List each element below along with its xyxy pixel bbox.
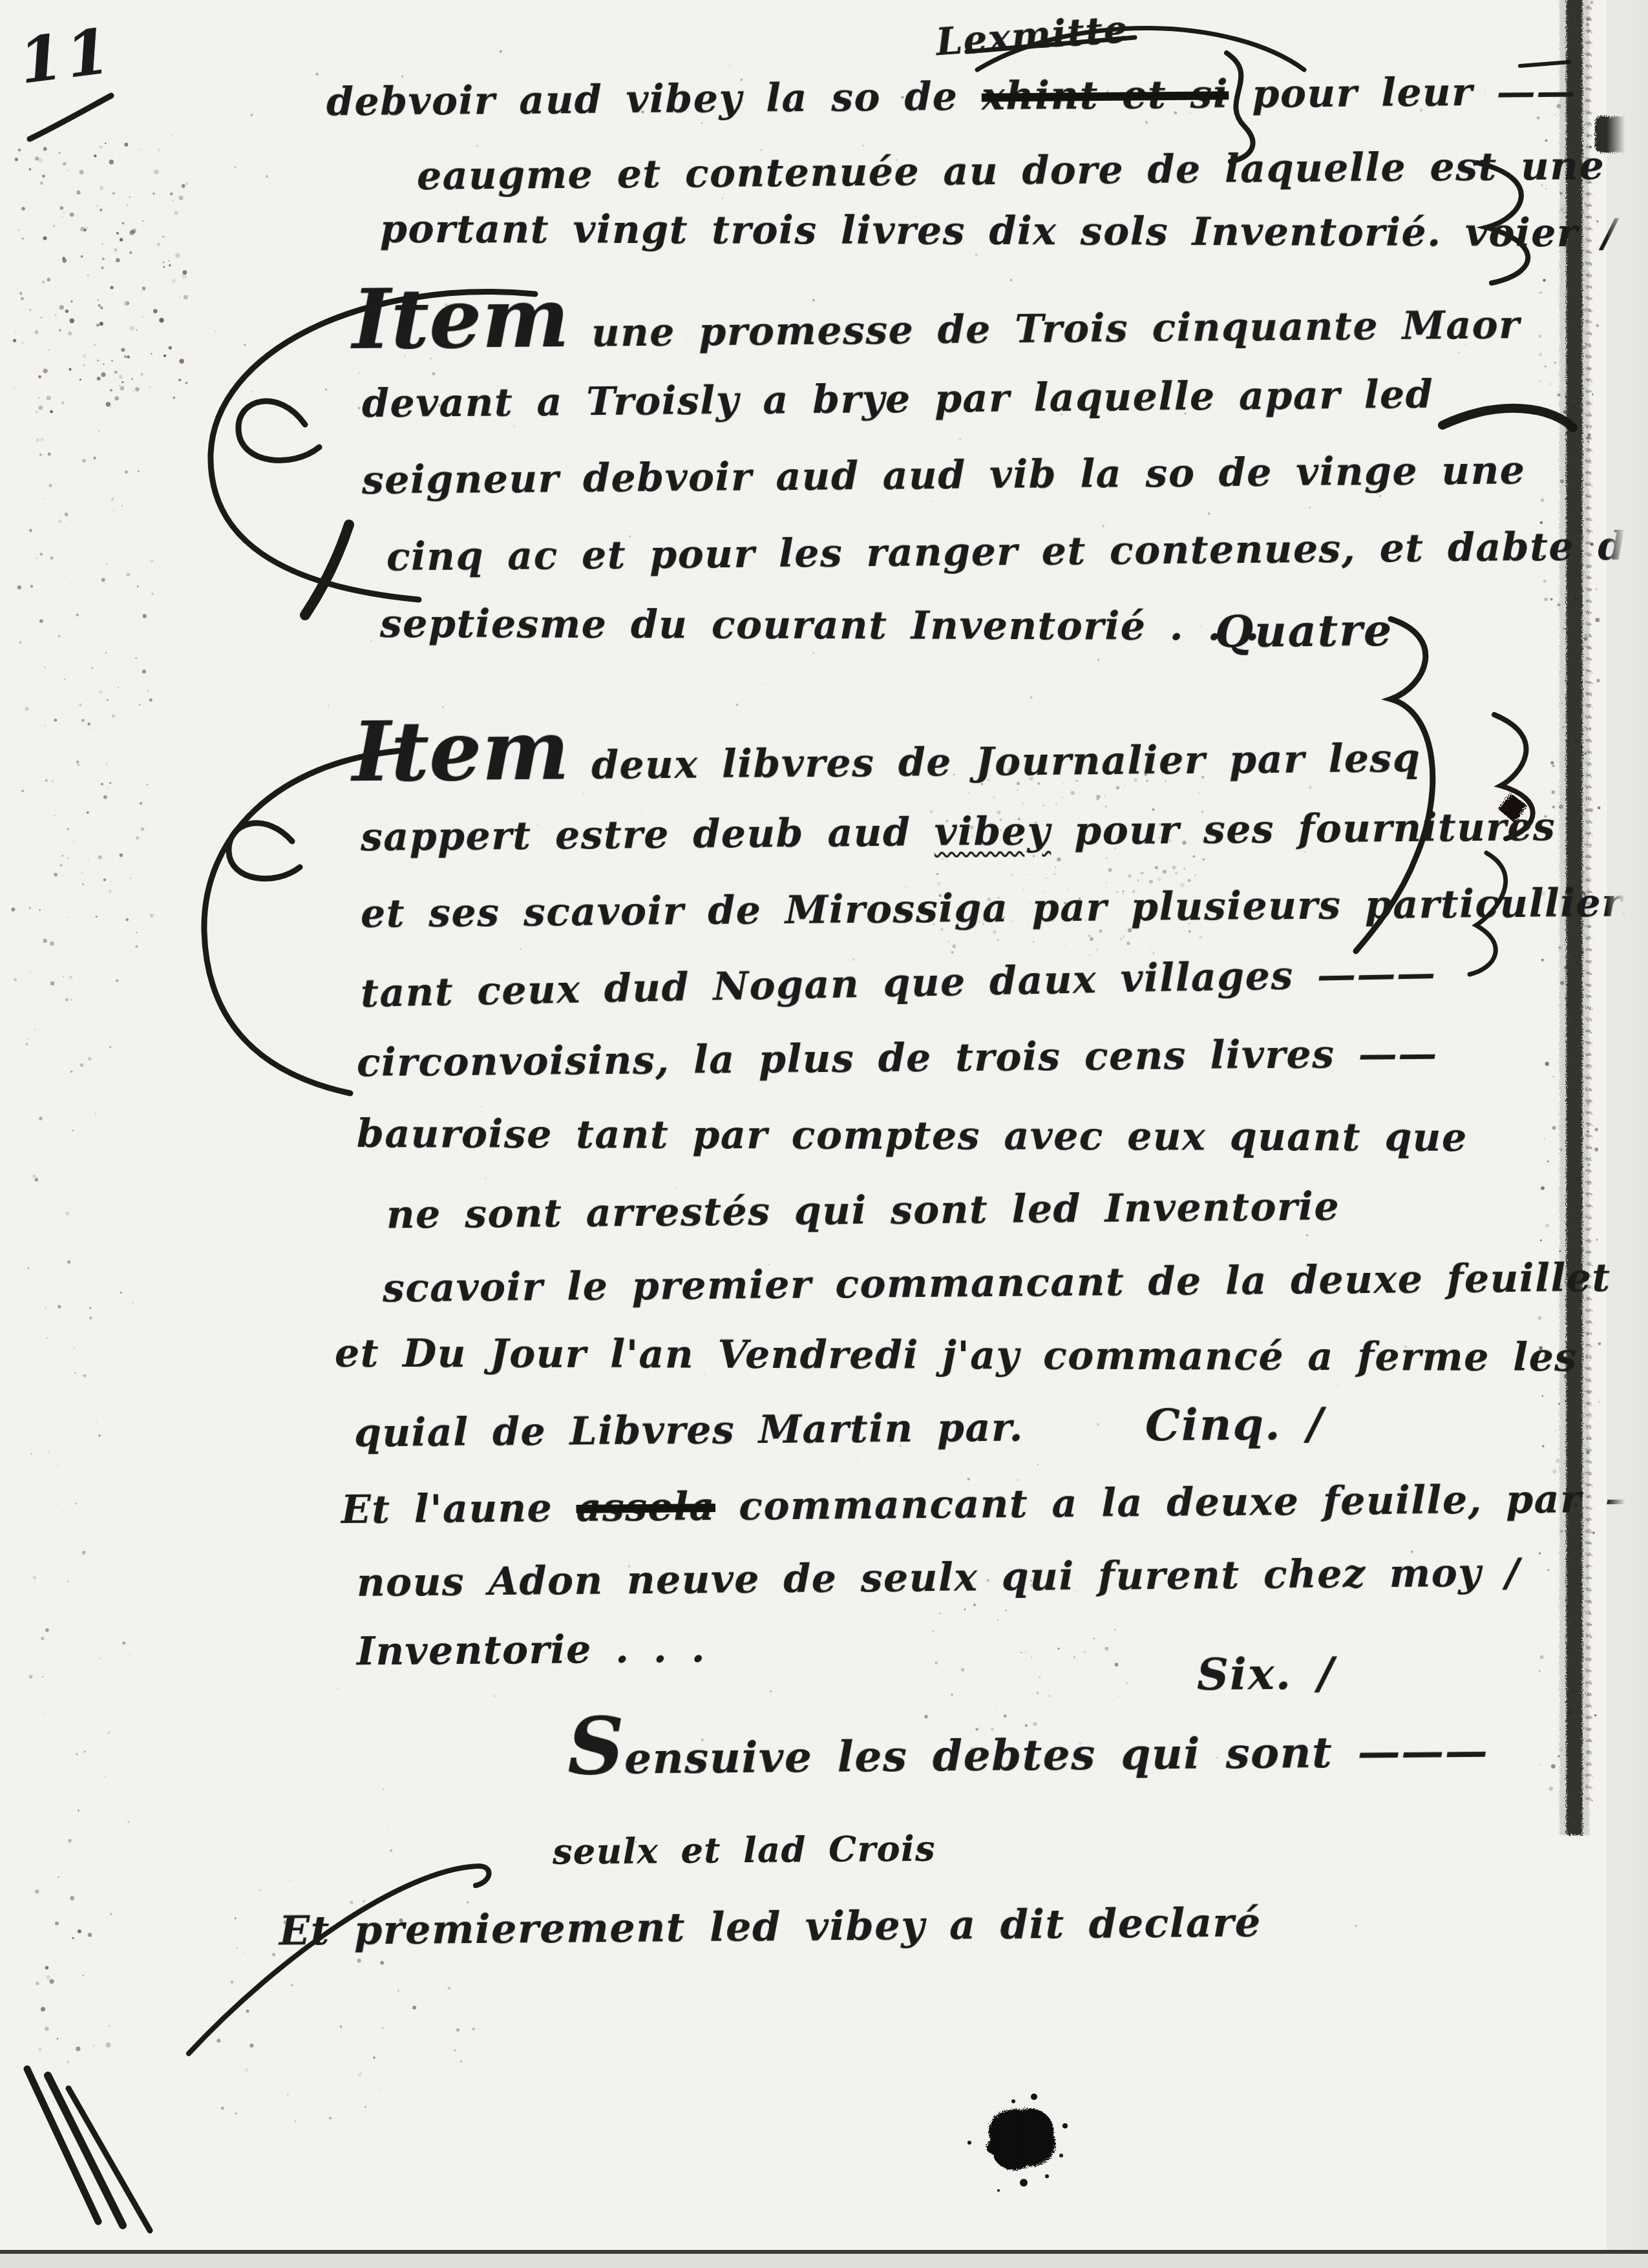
line-text: septiesme du courant Inventorié . . . <box>380 602 1260 650</box>
manuscript-page: 11 Lexmitte debvoir aud vibey la so de x… <box>0 0 1648 2268</box>
corner-hatch-3 <box>69 2088 150 2231</box>
manuscript-line-opening-3: portant vingt trois livres dix sols Inve… <box>380 207 1617 257</box>
item2-paraph-curl <box>229 823 300 879</box>
line-text: seulx et lad Crois <box>553 1827 936 1872</box>
manuscript-line-item2-9: et Du Jour l'an Vendredi j'ay commancé a… <box>335 1332 1578 1381</box>
line-text: Et l'aune <box>341 1486 576 1533</box>
manuscript-line-item2-8: scavoir le premier commancant de la deux… <box>383 1256 1611 1312</box>
manuscript-line-opening-1: debvoir aud vibey la so de xhint et si p… <box>326 70 1576 125</box>
item-initial: Item <box>352 702 569 801</box>
line-text: bauroise tant par comptes avec eux quant… <box>357 1111 1468 1160</box>
debts-line3-swash <box>189 1866 489 2053</box>
struck-text: assela <box>576 1484 715 1531</box>
line-text: et ses scavoir de Mirossiga par plusieur… <box>361 880 1646 936</box>
line-text: devant a Troisly a brye par laquelle apa… <box>362 372 1434 426</box>
manuscript-line-opening-2: eaugme et contenuée au dore de laquelle … <box>417 143 1648 199</box>
line-text: Et premierement led vibey a dit declaré <box>279 1898 1262 1954</box>
manuscript-line-item2-5: circonvoisins, la plus de trois cens liv… <box>357 1032 1438 1086</box>
item-initial: Item <box>352 269 569 368</box>
line-text: portant vingt trois livres dix sols Inve… <box>380 207 1617 257</box>
manuscript-line-item2-2: sappert estre deub aud vibey pour ses fo… <box>361 805 1556 860</box>
manuscript-line-item1-3: seigneur debvoir aud aud vib la so de vi… <box>362 448 1526 503</box>
seigneur-ink-blot-stroke <box>305 525 349 615</box>
ink-blot-satellites <box>967 2094 1068 2192</box>
line-text: scavoir le premier commancant de la deux… <box>383 1255 1611 1312</box>
debts-section-heading: Sensuive les debtes qui sont ——— <box>567 1707 1489 1784</box>
manuscript-line-debts-3: Et premierement led vibey a dit declaré <box>279 1899 1262 1954</box>
line-text: debvoir aud vibey la so de <box>326 74 982 125</box>
amount-word-cinq: Cinq. / <box>1145 1399 1325 1451</box>
line-text: quial de Libvres Martin par. <box>354 1405 1024 1456</box>
heading-initial: S <box>567 1699 624 1792</box>
line-text: cinq ac et pour les ranger et contenues,… <box>386 523 1648 580</box>
line-text: pour ses fournitures <box>1051 804 1556 854</box>
manuscript-line-item1-2: devant a Troisly a brye par laquelle apa… <box>362 373 1434 426</box>
line-text: ne sont arrestés qui sont led Inventorie <box>386 1184 1340 1238</box>
scan-bottom-edge <box>0 2250 1648 2268</box>
line-text: Inventorie . . . <box>357 1626 706 1675</box>
underlined-name: vibey <box>934 809 1051 856</box>
line-text: ensuive les debtes qui sont ——— <box>624 1726 1489 1784</box>
amount-word-quatre: Quatre <box>1215 605 1393 658</box>
folio-number: 11 <box>16 16 118 98</box>
manuscript-line-item2-12: nous Adon neuve de seulx qui furent chez… <box>357 1551 1521 1606</box>
manuscript-line-item2-13: Inventorie . . . <box>357 1627 706 1675</box>
item1-line2-swash <box>1442 408 1573 428</box>
scan-edge-shadow <box>1607 0 1648 2268</box>
line-text: une promesse de Trois cinquante Maor <box>591 302 1521 356</box>
line-text: nous Adon neuve de seulx qui furent chez… <box>357 1550 1521 1606</box>
ink-blot <box>986 2108 1055 2170</box>
amount-word-six: Six. / <box>1197 1648 1335 1700</box>
item1-paraph-curl <box>238 401 319 461</box>
manuscript-line-item2-4: tant ceux dud Nogan que daux villages ——… <box>360 951 1437 1016</box>
manuscript-line-item1-4: cinq ac et pour les ranger et contenues,… <box>386 524 1648 580</box>
line-text: pour leur —— <box>1229 69 1576 118</box>
corner-hatch-2 <box>48 2075 123 2225</box>
line-text: eaugme et contenuée au dore de laquelle … <box>417 142 1648 199</box>
manuscript-line-item1-5: septiesme du courant Inventorié . . . <box>380 602 1260 650</box>
line-text: sappert estre deub aud <box>361 810 935 860</box>
manuscript-line-item1-1: Itemune promesse de Trois cinquante Maor <box>352 277 1521 358</box>
manuscript-line-item2-10: quial de Libvres Martin par. <box>354 1405 1024 1456</box>
line-text: deux libvres de Journalier par lesq <box>591 736 1421 788</box>
top-right-tick <box>1520 62 1569 66</box>
manuscript-line-item2-7: ne sont arrestés qui sont led Inventorie <box>386 1185 1340 1238</box>
line-text: tant ceux dud Nogan que daux villages ——… <box>360 950 1437 1016</box>
line-text: commancant a la deuxe feuille, par —— <box>715 1476 1648 1529</box>
manuscript-line-item2-1: Itemdeux libvres de Journalier par lesq <box>352 710 1421 790</box>
header-note: Lexmitte <box>935 8 1130 64</box>
struck-text: xhint et si <box>982 72 1229 119</box>
line-text: seigneur debvoir aud aud vib la so de vi… <box>362 448 1526 503</box>
manuscript-line-item2-11: Et l'aune assela commancant a la deuxe f… <box>341 1476 1648 1533</box>
manuscript-line-item2-3: et ses scavoir de Mirossiga par plusieur… <box>361 881 1646 936</box>
line-text: et Du Jour l'an Vendredi j'ay commancé a… <box>335 1331 1578 1381</box>
manuscript-line-item2-6: bauroise tant par comptes avec eux quant… <box>357 1112 1468 1160</box>
manuscript-line-debts-2: seulx et lad Crois <box>553 1828 936 1871</box>
corner-hatch-1 <box>27 2069 98 2221</box>
folio-underline-flourish <box>30 96 111 139</box>
line-text: circonvoisins, la plus de trois cens liv… <box>357 1031 1438 1086</box>
